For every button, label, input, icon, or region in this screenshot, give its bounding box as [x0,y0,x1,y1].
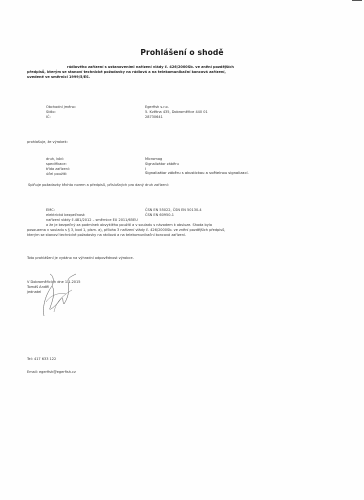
emc-value: ČSN EN 55022, ČSN EN 50130-4 [145,208,202,212]
email: Email: egerfish@egerfish.cz [27,370,76,374]
telephone: Tel: 417 633 122 [27,357,56,361]
regulation-text: nařízení vlády č.481/2012 – směrnice EU … [46,218,138,222]
product-type-label: druh, kód: [46,157,64,161]
electrical-safety-value: ČSN EN 60950-1 [145,213,174,217]
scan-mark [352,0,362,1]
intro-line-2: předpisů, kterým se stanoví technické po… [27,70,226,74]
safety-line-2: posouzena v souladu s § 3, bod 1, písm. … [27,228,225,232]
specification-label: specifikace: [46,162,67,166]
product-type-value: Micromag [145,157,162,161]
safety-line-1: a že je bezpečný za podmínek obvyklého p… [46,223,212,227]
electrical-safety-label: elektrická bezpečnost: [46,213,85,217]
purpose-value: Signalizátor záběru s akustickou a světe… [145,171,249,175]
declaration-page: Prohlášení o shodě rádiového zařízení s … [0,0,364,500]
ico-label: IČ: [46,115,51,119]
intro-line-1: rádiového zařízení s ustanoveními naříze… [67,65,234,69]
address-label: Sídlo: [46,110,56,114]
ico-value: 28730641 [145,115,163,119]
specification-value: Signalizátor záběru [145,162,179,166]
device-class-label: třída zařízení: [46,167,70,171]
handwritten-signature [38,272,80,320]
company-name-value: Egerfish s.r.o. [145,105,169,109]
address-value: 5. Května 435, Dobroměřice 440 01 [145,110,208,114]
safety-line-3: kterým se stanoví technické požadavky na… [27,233,186,237]
emc-label: EMC: [46,208,55,212]
compliance-label: Splňuje požadavky těchto norem a předpis… [28,183,169,187]
document-title: Prohlášení o shodě [0,48,364,57]
responsibility-statement: Toto prohlášení je vydáno na výhradní od… [27,256,134,260]
intro-line-3: uvedené ve směrnici 1999/5/ES. [27,75,90,79]
company-name-label: Obchodní jméno: [46,105,76,109]
declares-label: prohlašuje, že výrobek: [27,140,68,144]
purpose-label: účel použití: [46,172,67,176]
